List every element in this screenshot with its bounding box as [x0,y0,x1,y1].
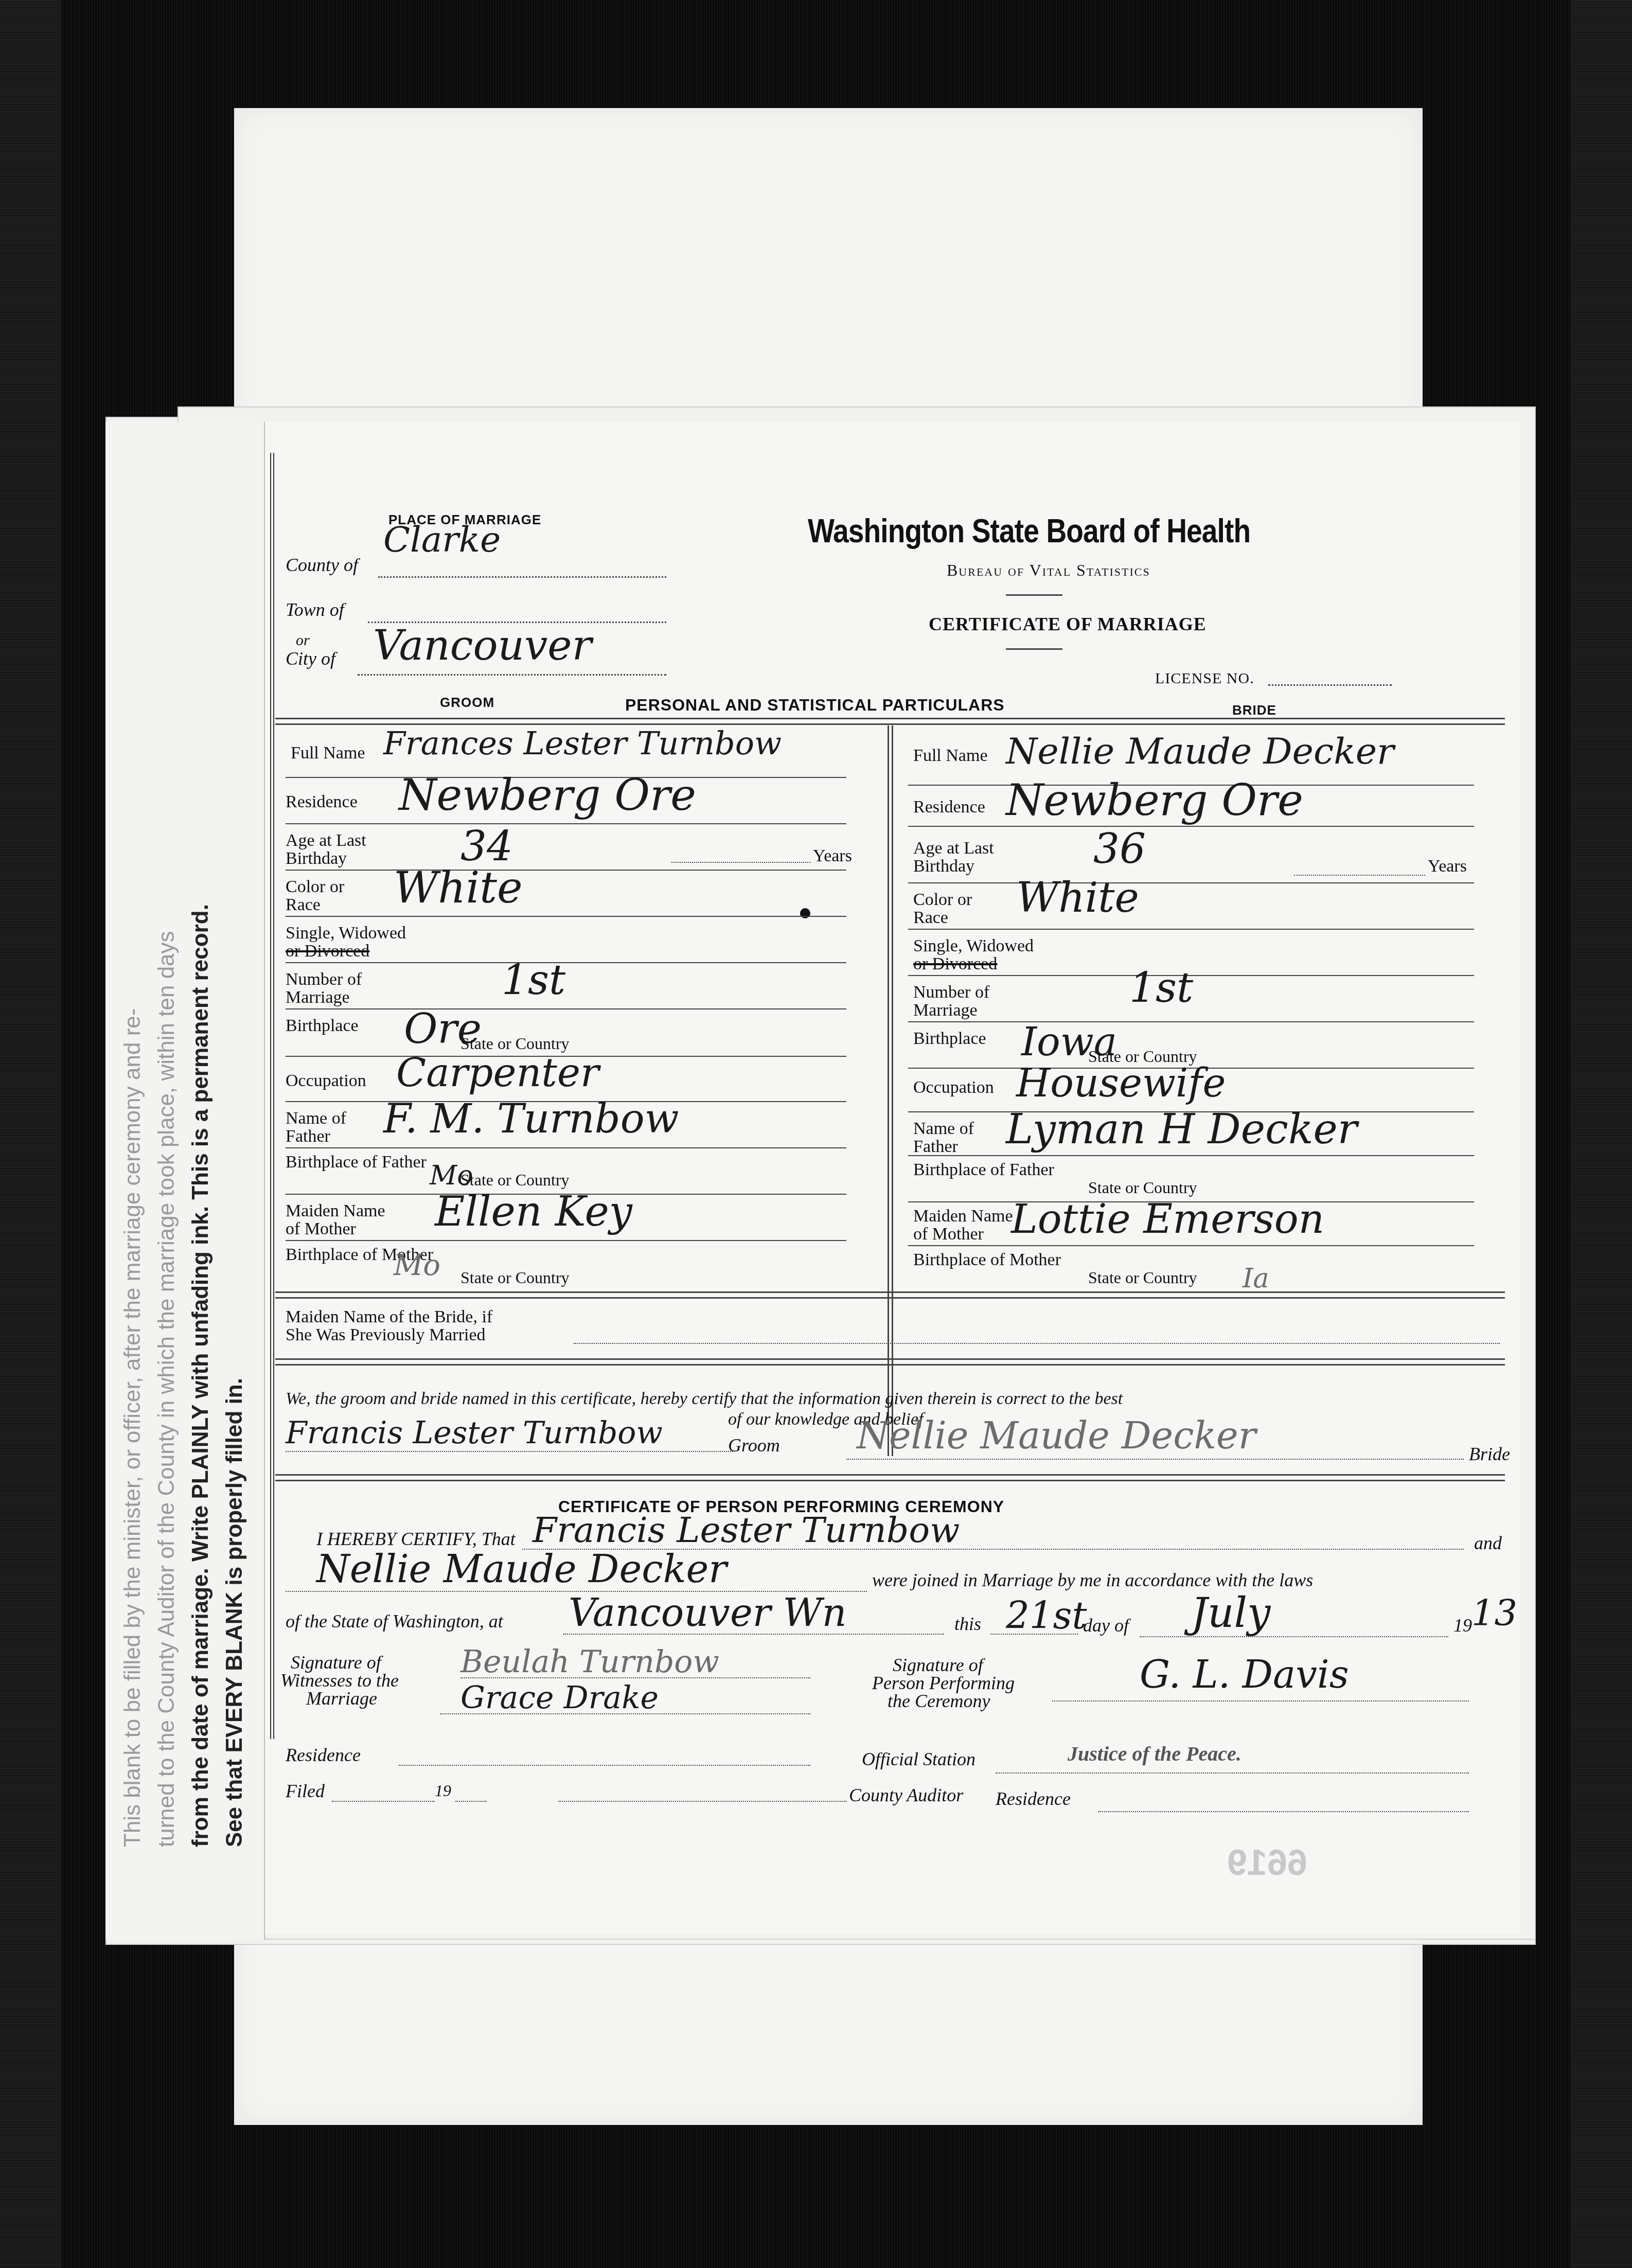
ceremony-place-line [563,1634,944,1635]
maiden-name-label-2: She Was Previously Married [286,1325,486,1345]
county-line [378,576,666,578]
groom-status-label-2: or Divorced [286,942,369,961]
ceremony-month-line [1140,1636,1448,1637]
officiant-residence-line [1098,1811,1469,1812]
margin-rule [270,453,274,1739]
binder-edge-left [0,0,62,2268]
particulars-header: PERSONAL AND STATISTICAL PARTICULARS [625,696,1005,715]
bride-race-label-1: Color or [913,890,972,910]
groom-header: GROOM [440,695,494,711]
agency-title: Washington State Board of Health [808,512,1250,550]
ceremony-year[interactable]: 13 [1471,1595,1517,1631]
bride-age-label-2: Birthday [913,857,974,876]
city-line [358,674,666,676]
bride-residence[interactable]: Newberg Ore [1006,782,1303,818]
bureau-subtitle: Bureau of Vital Statistics [947,561,1150,580]
groom-number-label-2: Marriage [286,988,350,1007]
groom-father-birthplace-sublabel: State or Country [460,1171,570,1190]
bride-signature-label: Bride [1469,1443,1510,1465]
bride-status-label-1: Single, Widowed [913,936,1034,956]
witness-residence-line [399,1765,810,1766]
filed-date-line [332,1801,435,1802]
instruction-text: This blank to be filled by the minister,… [116,458,260,1847]
county-value[interactable]: Clarke [383,522,501,558]
document-title: CERTIFICATE OF MARRIAGE [929,613,1207,635]
bride-father-birthplace-sublabel: State or Country [1088,1178,1197,1197]
bride-signature[interactable]: Nellie Maude Decker [857,1417,1256,1454]
groom-father-birthplace-label: Birthplace of Father [286,1153,427,1172]
bride-mother-birthplace-sublabel: State or Country [1088,1268,1197,1287]
and-label: and [1474,1532,1502,1554]
groom-mother-maiden-name[interactable]: Ellen Key [435,1194,632,1230]
this-label: this [954,1613,981,1635]
groom-mother-label-1: Maiden Name [286,1201,385,1221]
bride-occupation[interactable]: Housewife [1016,1065,1226,1101]
joined-text: were joined in Marriage by me in accorda… [872,1569,1313,1591]
town-label: Town of [286,599,344,620]
row-line [908,1155,1474,1156]
column-divider [888,725,889,1456]
bride-occupation-label: Occupation [913,1078,994,1097]
ink-blot [800,908,810,918]
instruction-tab: This blank to be filled by the minister,… [105,422,265,1940]
groom-age-label-2: Birthday [286,849,347,869]
row-line [286,916,846,917]
witness-1-line [460,1677,810,1678]
row-line [286,962,846,963]
age-line [1294,875,1425,876]
groom-full-name-label: Full Name [291,743,365,763]
groom-race-label-1: Color or [286,877,344,897]
row-line [286,1147,846,1148]
ceremony-place[interactable]: Vancouver Wn [569,1595,846,1631]
bride-full-name-label: Full Name [913,746,987,766]
bride-age[interactable]: 36 [1093,831,1146,867]
ceremony-groom-name[interactable]: Francis Lester Turnbow [533,1513,960,1549]
groom-race[interactable]: White [394,870,523,906]
marriage-form: PLACE OF MARRIAGE County of Clarke Town … [265,422,1520,1935]
bride-number-of-marriage[interactable]: 1st [1129,970,1193,1006]
ceremony-month[interactable]: July [1191,1595,1270,1631]
bride-header: BRIDE [1232,702,1276,718]
groom-mother-label-2: of Mother [286,1219,356,1239]
official-station-value[interactable]: Justice of the Peace. [1068,1742,1241,1766]
age-line [671,862,810,863]
section-divider [275,1474,1505,1476]
row-line [286,870,846,871]
bride-birthplace-label: Birthplace [913,1029,986,1049]
certificate-document: This blank to be filled by the minister,… [105,406,1536,1945]
bride-mother-maiden-name[interactable]: Lottie Emerson [1011,1201,1324,1237]
groom-occupation[interactable]: Carpenter [396,1055,599,1091]
ceremony-day[interactable]: 21st [1006,1598,1087,1634]
row-line [908,882,1474,883]
groom-years-label: Years [813,846,852,866]
groom-signature-line [286,1451,733,1452]
bride-number-label-1: Number of [913,983,989,1002]
bride-father-birthplace-label: Birthplace of Father [913,1160,1054,1180]
groom-father-label-2: Father [286,1127,330,1146]
county-auditor-label: County Auditor [849,1784,963,1806]
groom-signature-label: Groom [728,1434,780,1456]
instruction-line: This blank to be filled by the minister,… [116,458,150,1847]
or-label: or [296,630,310,651]
bride-full-name[interactable]: Nellie Maude Decker [1006,733,1394,769]
row-line [908,1245,1474,1246]
groom-age[interactable]: 34 [460,828,513,864]
filed-year-line [455,1801,486,1802]
bride-father-label-1: Name of [913,1119,974,1139]
bride-age-label-1: Age at Last [913,839,994,858]
groom-age-label-1: Age at Last [286,831,366,850]
ceremony-day-line [990,1634,1078,1635]
city-label: City of [286,648,335,669]
bride-mother-label-1: Maiden Name [913,1207,1013,1226]
groom-signature[interactable]: Francis Lester Turnbow [286,1415,663,1451]
official-station-line [996,1773,1469,1774]
witness-1-signature[interactable]: Beulah Turnbow [460,1644,719,1680]
row-line [908,1021,1474,1022]
officiant-residence-label: Residence [996,1788,1071,1810]
maiden-name-line [574,1343,1500,1344]
bride-number-label-2: Marriage [913,1001,978,1020]
bride-status-label-2: or Divorced [913,954,997,974]
status-text: Single, Widowed [286,924,406,943]
bride-father-name[interactable]: Lyman H Decker [1006,1111,1357,1147]
column-divider [892,725,893,1456]
groom-residence[interactable]: Newberg Ore [399,777,696,813]
binder-edge-right [1570,0,1632,2268]
officiant-signature[interactable]: G. L. Davis [1140,1657,1349,1693]
section-divider [275,1358,1505,1360]
officiant-signature-line [1052,1700,1469,1702]
header-divider [275,718,1505,719]
bride-race-label-2: Race [913,908,948,928]
row-line [908,826,1474,827]
bride-signature-line [846,1459,1464,1460]
bride-mother-birthplace-label: Birthplace of Mother [913,1250,1061,1270]
stamp-bleed-through: 6619 [1227,1842,1307,1883]
ceremony-bride-name[interactable]: Nellie Maude Decker [316,1551,727,1587]
row-line [908,929,1474,930]
license-label: LICENSE NO. [1155,670,1254,687]
bride-father-label-2: Father [913,1137,958,1157]
instruction-line: See that EVERY BLANK is properly filled … [218,458,252,1847]
groom-father-name[interactable]: F. M. Turnbow [383,1101,679,1137]
groom-full-name[interactable]: Frances Lester Turnbow [383,725,782,761]
row-line [286,1008,846,1009]
license-line [1268,684,1392,686]
affidavit-statement-1: We, the groom and bride named in this ce… [286,1389,1123,1409]
certify-label: I HEREBY CERTIFY, That [316,1528,516,1550]
title-rule [1006,594,1062,596]
maiden-name-label-1: Maiden Name of the Bride, if [286,1307,492,1327]
auditor-signature-line[interactable] [558,1801,846,1802]
bride-years-label: Years [1428,857,1467,876]
state-text: of the State of Washington, at [286,1610,503,1632]
groom-status-label-1: Single, Widowed [286,924,406,943]
year-prefix: 19 [1453,1615,1472,1636]
city-value[interactable]: Vancouver [373,628,592,664]
groom-father-label-1: Name of [286,1109,346,1128]
official-station-label: Official Station [862,1748,975,1770]
witness-label-3: Marriage [306,1688,377,1709]
witness-2-line [440,1713,810,1714]
bride-race[interactable]: White [1016,880,1139,916]
day-of-label: day of [1083,1615,1129,1636]
row-line [286,1240,846,1241]
section-divider [275,1291,1505,1293]
witness-residence-label: Residence [286,1744,361,1766]
county-label: County of [286,555,358,575]
groom-mother-birthplace[interactable]: Mo [394,1248,440,1284]
bride-mother-label-2: of Mother [913,1225,984,1244]
groom-race-label-2: Race [286,895,321,915]
filed-year-prefix: 19 [435,1781,451,1800]
instruction-line: from the date of marriage. Write PLAINLY… [184,458,218,1847]
groom-number-label-1: Number of [286,970,362,989]
title-rule [1006,648,1062,650]
groom-birthplace-label: Birthplace [286,1016,359,1036]
bride-residence-label: Residence [913,798,985,817]
officiant-label-3: the Ceremony [888,1690,990,1712]
row-line [286,823,846,824]
witness-2-signature[interactable]: Grace Drake [460,1680,659,1716]
groom-number-of-marriage[interactable]: 1st [502,962,565,998]
groom-mother-birthplace-sublabel: State or Country [460,1268,570,1287]
groom-occupation-label: Occupation [286,1071,366,1091]
groom-residence-label: Residence [286,792,358,812]
filed-label: Filed [286,1780,325,1802]
instruction-line: turned to the County Auditor of the Coun… [150,458,184,1847]
